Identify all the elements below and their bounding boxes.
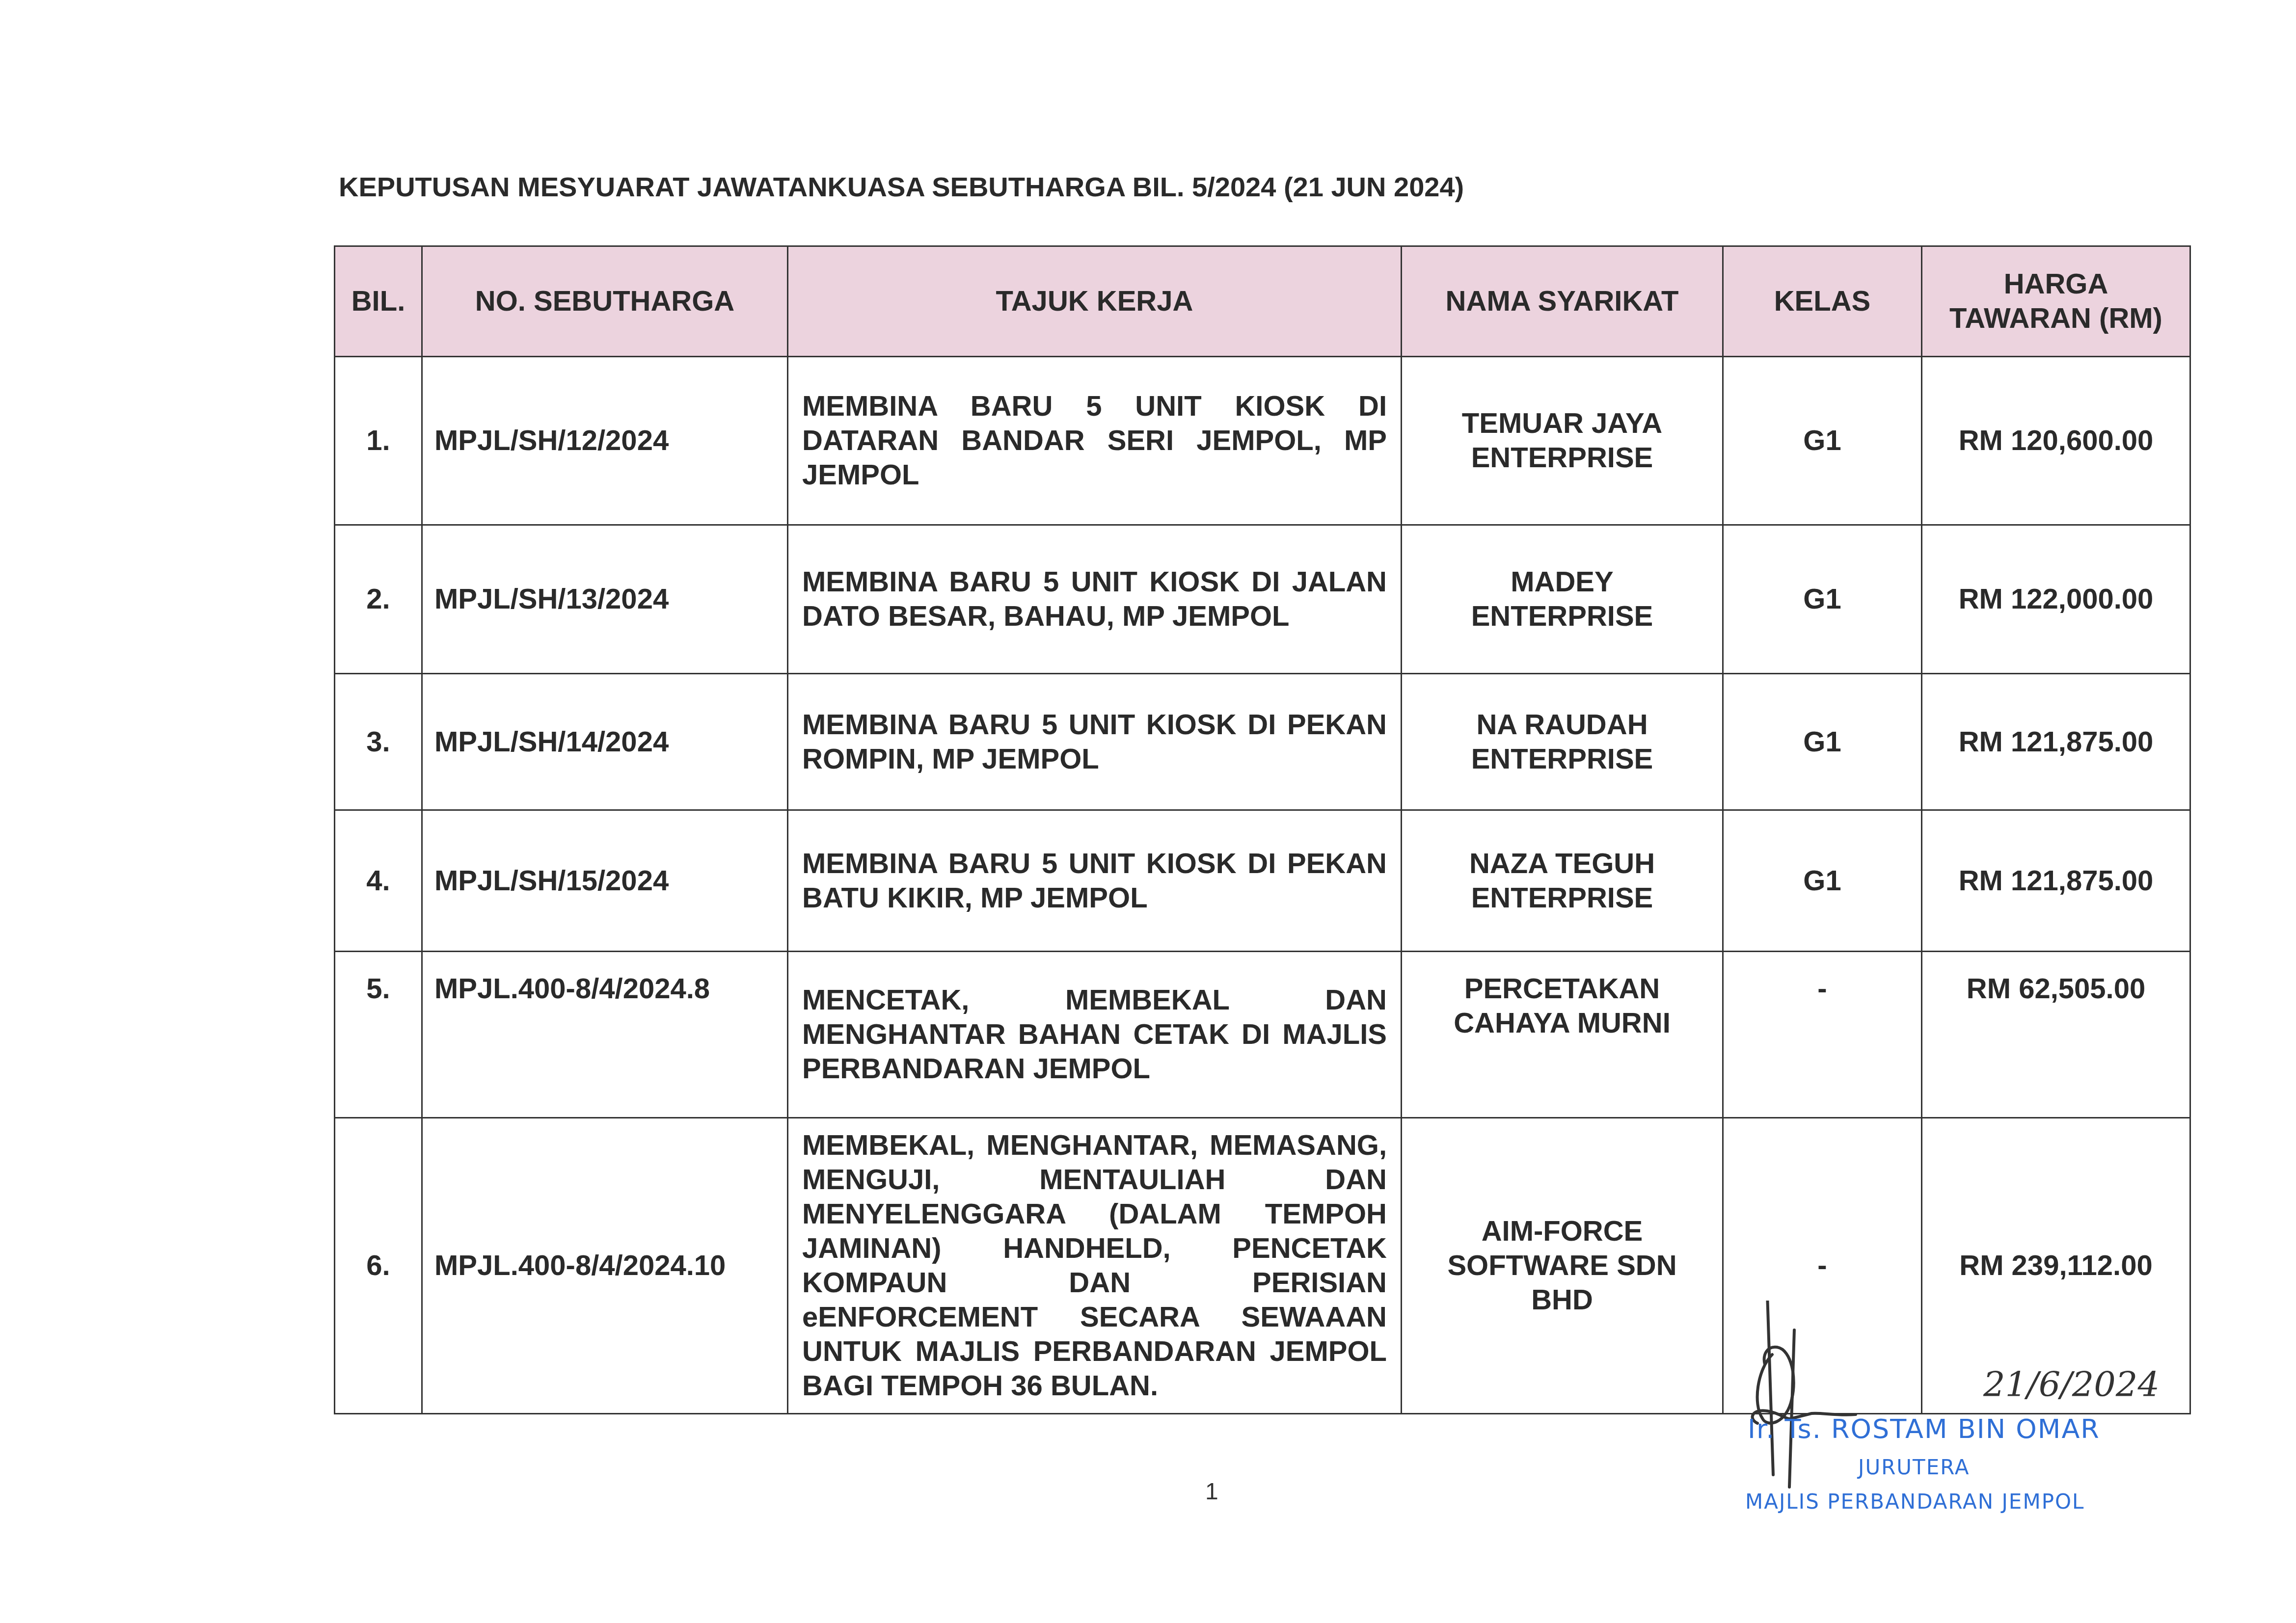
- company-name-line: PERCETAKAN: [1410, 972, 1714, 1006]
- cell-harga-tawaran: RM 122,000.00: [1922, 525, 2190, 674]
- cell-bil: 2.: [335, 525, 422, 674]
- cell-kelas: G1: [1723, 674, 1922, 810]
- company-name-line: NA RAUDAH: [1410, 708, 1714, 742]
- company-name-line: SOFTWARE SDN: [1410, 1249, 1714, 1283]
- header-nama-syarikat: NAMA SYARIKAT: [1402, 246, 1723, 357]
- cell-tajuk-kerja: MEMBEKAL, MENGHANTAR, MEMASANG, MENGUJI,…: [788, 1118, 1402, 1414]
- stamp-name: Ir. Ts. ROSTAM BIN OMAR: [1748, 1413, 2100, 1444]
- table-row: 1. MPJL/SH/12/2024 MEMBINA BARU 5 UNIT K…: [335, 357, 2190, 525]
- company-name-line: AIM-FORCE: [1410, 1214, 1714, 1249]
- cell-tajuk-kerja: MEMBINA BARU 5 UNIT KIOSK DI PEKAN BATU …: [788, 810, 1402, 952]
- company-name-line: ENTERPRISE: [1410, 881, 1714, 915]
- cell-bil: 6.: [335, 1118, 422, 1414]
- page-number: 1: [1205, 1478, 1218, 1505]
- cell-nama-syarikat: NAZA TEGUH ENTERPRISE: [1402, 810, 1723, 952]
- cell-kelas: G1: [1723, 525, 1922, 674]
- header-harga-tawaran: HARGA TAWARAN (RM): [1922, 246, 2190, 357]
- cell-nama-syarikat: MADEY ENTERPRISE: [1402, 525, 1723, 674]
- table-row: 5. MPJL.400-8/4/2024.8 MENCETAK, MEMBEKA…: [335, 952, 2190, 1118]
- cell-kelas: G1: [1723, 357, 1922, 525]
- header-no-sebutharga: NO. SEBUTHARGA: [422, 246, 788, 357]
- cell-no-sebutharga: MPJL.400-8/4/2024.8: [422, 952, 788, 1118]
- cell-tajuk-kerja: MEMBINA BARU 5 UNIT KIOSK DI JALAN DATO …: [788, 525, 1402, 674]
- stamp-role: JURUTERA: [1858, 1455, 1970, 1479]
- table-row: 2. MPJL/SH/13/2024 MEMBINA BARU 5 UNIT K…: [335, 525, 2190, 674]
- cell-harga-tawaran: RM 120,600.00: [1922, 357, 2190, 525]
- cell-nama-syarikat: TEMUAR JAYA ENTERPRISE: [1402, 357, 1723, 525]
- quotation-results-table: BIL. NO. SEBUTHARGA TAJUK KERJA NAMA SYA…: [334, 245, 2191, 1414]
- cell-kelas: -: [1723, 952, 1922, 1118]
- cell-harga-tawaran: RM 121,875.00: [1922, 810, 2190, 952]
- cell-harga-tawaran: RM 121,875.00: [1922, 674, 2190, 810]
- company-name-line: ENTERPRISE: [1410, 599, 1714, 634]
- cell-tajuk-kerja: MEMBINA BARU 5 UNIT KIOSK DI DATARAN BAN…: [788, 357, 1402, 525]
- header-bil: BIL.: [335, 246, 422, 357]
- cell-harga-tawaran: RM 62,505.00: [1922, 952, 2190, 1118]
- company-name-line: MADEY: [1410, 565, 1714, 599]
- company-name-line: BHD: [1410, 1283, 1714, 1317]
- cell-tajuk-kerja: MENCETAK, MEMBEKAL DAN MENGHANTAR BAHAN …: [788, 952, 1402, 1118]
- company-name-line: ENTERPRISE: [1410, 441, 1714, 475]
- cell-bil: 5.: [335, 952, 422, 1118]
- stamp-organization: MAJLIS PERBANDARAN JEMPOL: [1745, 1490, 2084, 1514]
- table-row: 3. MPJL/SH/14/2024 MEMBINA BARU 5 UNIT K…: [335, 674, 2190, 810]
- cell-nama-syarikat: NA RAUDAH ENTERPRISE: [1402, 674, 1723, 810]
- cell-nama-syarikat: PERCETAKAN CAHAYA MURNI: [1402, 952, 1723, 1118]
- cell-tajuk-kerja: MEMBINA BARU 5 UNIT KIOSK DI PEKAN ROMPI…: [788, 674, 1402, 810]
- table-header-row: BIL. NO. SEBUTHARGA TAJUK KERJA NAMA SYA…: [335, 246, 2190, 357]
- cell-kelas: G1: [1723, 810, 1922, 952]
- cell-nama-syarikat: AIM-FORCE SOFTWARE SDN BHD: [1402, 1118, 1723, 1414]
- header-tajuk-kerja: TAJUK KERJA: [788, 246, 1402, 357]
- document-title: KEPUTUSAN MESYUARAT JAWATANKUASA SEBUTHA…: [339, 171, 1464, 203]
- header-harga-line1: HARGA: [1923, 267, 2189, 301]
- company-name-line: NAZA TEGUH: [1410, 847, 1714, 881]
- cell-no-sebutharga: MPJL.400-8/4/2024.10: [422, 1118, 788, 1414]
- cell-bil: 3.: [335, 674, 422, 810]
- header-kelas: KELAS: [1723, 246, 1922, 357]
- table-row: 4. MPJL/SH/15/2024 MEMBINA BARU 5 UNIT K…: [335, 810, 2190, 952]
- cell-bil: 1.: [335, 357, 422, 525]
- signature-date: 21/6/2024: [1983, 1364, 2160, 1405]
- company-name-line: CAHAYA MURNI: [1410, 1006, 1714, 1040]
- cell-no-sebutharga: MPJL/SH/13/2024: [422, 525, 788, 674]
- header-harga-line2: TAWARAN (RM): [1923, 301, 2189, 336]
- cell-bil: 4.: [335, 810, 422, 952]
- company-name-line: TEMUAR JAYA: [1410, 406, 1714, 441]
- company-name-line: ENTERPRISE: [1410, 742, 1714, 776]
- cell-no-sebutharga: MPJL/SH/14/2024: [422, 674, 788, 810]
- cell-no-sebutharga: MPJL/SH/12/2024: [422, 357, 788, 525]
- cell-no-sebutharga: MPJL/SH/15/2024: [422, 810, 788, 952]
